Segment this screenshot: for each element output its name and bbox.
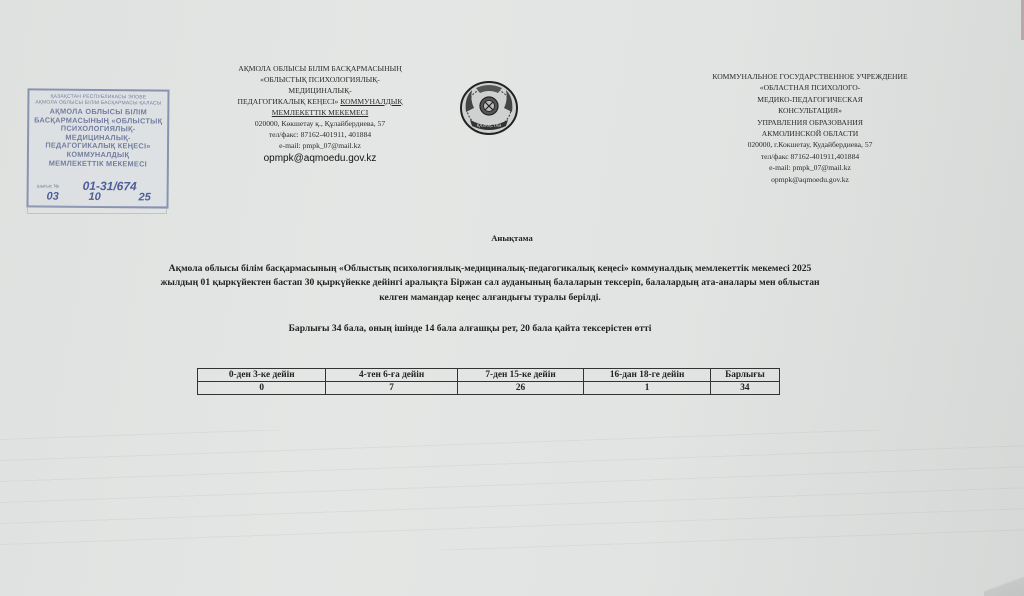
table-cell: 0: [198, 382, 326, 395]
letterhead-line: КОММУНАЛЬНОЕ ГОСУДАРСТВЕННОЕ УЧРЕЖДЕНИЕ: [690, 71, 930, 82]
table-header-cell: 7-ден 15-ке дейін: [457, 369, 584, 382]
document-title: Анықтама: [0, 233, 1024, 243]
stamp-date-year: 25: [139, 191, 151, 203]
table-cell: 34: [710, 382, 779, 395]
letterhead-phone: тел/факс: 87162-401911, 401884: [200, 129, 440, 140]
document-summary: Барлығы 34 бала, оның ішінде 14 бала алғ…: [0, 323, 940, 334]
state-emblem-icon: ҚАЗАҚСТАН: [458, 80, 520, 138]
letterhead-address: 020000, г.Кокшетау, Кудайбердиева, 57: [690, 139, 930, 150]
letterhead-kazakh: АҚМОЛА ОБЛЫСЫ БІЛІМ БАСҚАРМАСЫНЫҢ «ОБЛЫС…: [200, 63, 440, 165]
table-header-cell: 4-тен 6-ға дейін: [326, 369, 457, 382]
stamp-line: МЕМЛЕКЕТТІК МЕКЕМЕСІ: [29, 159, 167, 169]
letterhead-line: АКМОЛИНСКОЙ ОБЛАСТИ: [690, 128, 930, 139]
stamp-number-label: шығыс №: [37, 183, 59, 189]
letterhead-text-underlined: МЕМЛЕКЕТТІК МЕКЕМЕСІ: [272, 108, 368, 117]
paragraph-line: келген мамандар кеңес алғандығы туралы б…: [100, 291, 880, 305]
table-header-cell: Барлығы: [710, 369, 779, 382]
letterhead-russian: КОММУНАЛЬНОЕ ГОСУДАРСТВЕННОЕ УЧРЕЖДЕНИЕ …: [690, 71, 930, 185]
table-cell: 1: [584, 382, 711, 395]
letterhead-email-secondary: opmpk@aqmoedu.gov.kz: [690, 174, 930, 185]
paragraph-line: жылдың 01 қыркүйектен бастап 30 қыркүйек…: [100, 276, 880, 290]
table-cell: 7: [326, 382, 457, 395]
table-row: 0 7 26 1 34: [198, 382, 780, 395]
paragraph-line: Ақмола облысы білім басқармасының «Облыс…: [100, 262, 880, 276]
stamp-top-line: АҚМОЛА ОБЛЫСЫ БІЛІМ БАСҚАРМАСЫ ҚАЛАСЫ: [29, 99, 167, 106]
stamp-date: 03 10 25: [39, 190, 163, 191]
document-body-paragraph: Ақмола облысы білім басқармасының «Облыс…: [100, 262, 880, 305]
stamp-date-month: 10: [89, 191, 101, 203]
letterhead-line: КОНСУЛЬТАЦИЯ»: [690, 105, 930, 116]
letterhead-line: «ОБЛАСТНАЯ ПСИХОЛОГО-: [690, 82, 930, 93]
page-corner-shadow: [984, 574, 1024, 596]
letterhead-line: МЕМЛЕКЕТТІК МЕКЕМЕСІ: [200, 107, 440, 118]
letterhead-phone: тел/факс 87162-401911,401884: [690, 151, 930, 162]
letterhead-email: e-mail: pmpk_07@mail.kz: [690, 162, 930, 173]
letterhead-line: УПРАВЛЕНИЯ ОБРАЗОВАНИЯ: [690, 117, 930, 128]
letterhead-line: АҚМОЛА ОБЛЫСЫ БІЛІМ БАСҚАРМАСЫНЫҢ: [200, 63, 440, 74]
registration-stamp: ҚАЗАҚСТАН РЕСПУБЛИКАСЫ ЭЛОВЕ АҚМОЛА ОБЛЫ…: [26, 88, 169, 208]
letterhead-text: ПЕДАГОГИКАЛЫҚ КЕҢЕСІ»: [238, 97, 341, 106]
table-header-cell: 16-дан 18-ге дейін: [584, 369, 711, 382]
stamp-date-day: 03: [47, 191, 59, 203]
age-group-statistics-table: 0-ден 3-ке дейін 4-тен 6-ға дейін 7-ден …: [197, 368, 780, 395]
stamp-bottom-strip: [27, 206, 167, 214]
table-header-cell: 0-ден 3-ке дейін: [198, 369, 326, 382]
table-header-row: 0-ден 3-ке дейін 4-тен 6-ға дейін 7-ден …: [198, 369, 780, 382]
letterhead-address: 020000, Көкшетау қ., Құлайбердиева, 57: [200, 118, 440, 129]
letterhead-line: МЕДИЦИНАЛЫҚ-: [200, 85, 440, 96]
table-cell: 26: [457, 382, 584, 395]
letterhead-line: «ОБЛЫСТЫҚ ПСИХОЛОГИЯЛЫҚ-: [200, 74, 440, 85]
letterhead-text-underlined: КОММУНАЛДЫҚ: [340, 97, 402, 106]
paper-texture: [0, 430, 1024, 550]
svg-text:ҚАЗАҚСТАН: ҚАЗАҚСТАН: [477, 123, 502, 128]
letterhead-email-secondary: opmpk@aqmoedu.gov.kz: [200, 152, 440, 165]
letterhead-line: ПЕДАГОГИКАЛЫҚ КЕҢЕСІ» КОММУНАЛДЫҚ: [200, 96, 440, 107]
letterhead-line: МЕДИКО-ПЕДАГОГИЧЕСКАЯ: [690, 94, 930, 105]
letterhead-email: e-mail: pmpk_07@mail.kz: [200, 140, 440, 151]
